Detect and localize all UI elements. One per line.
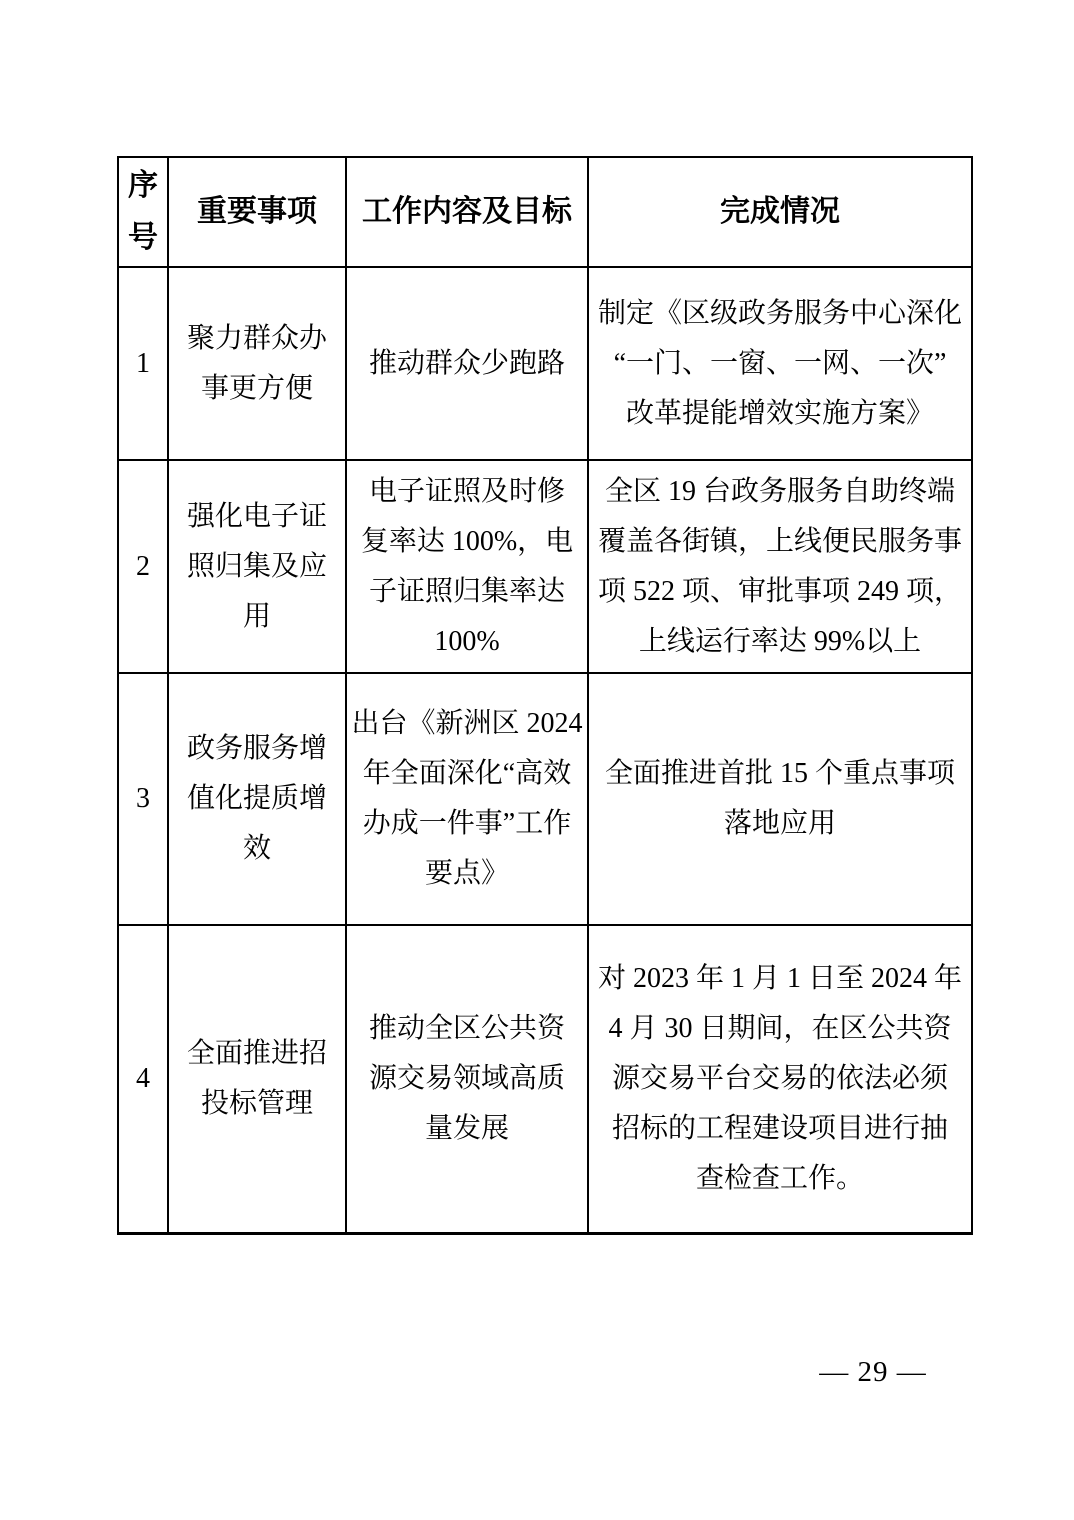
header-cell-serial: 序 号 bbox=[118, 157, 168, 267]
page-number: — 29 — bbox=[818, 1352, 928, 1392]
table-row: 3 政务服务增 值化提质增 效 出台《新洲区 2024 年全面深化“高效 办成一… bbox=[118, 673, 972, 925]
table-header-row: 序 号 重要事项 工作内容及目标 完成情况 bbox=[118, 157, 972, 267]
status-cell: 制定《区级政务服务中心深化 “一门、一窗、一网、一次” 改革提能增效实施方案》 bbox=[588, 267, 972, 460]
row-number-cell: 4 bbox=[118, 925, 168, 1233]
header-cell-item: 重要事项 bbox=[168, 157, 346, 267]
header-cell-status: 完成情况 bbox=[588, 157, 972, 267]
item-cell: 聚力群众办 事更方便 bbox=[168, 267, 346, 460]
table-row: 1 聚力群众办 事更方便 推动群众少跑路 制定《区级政务服务中心深化 “一门、一… bbox=[118, 267, 972, 460]
work-cell: 推动群众少跑路 bbox=[346, 267, 588, 460]
header-cell-work: 工作内容及目标 bbox=[346, 157, 588, 267]
work-cell: 出台《新洲区 2024 年全面深化“高效 办成一件事”工作 要点》 bbox=[346, 673, 588, 925]
item-cell: 全面推进招 投标管理 bbox=[168, 925, 346, 1233]
work-progress-table: 序 号 重要事项 工作内容及目标 完成情况 1 聚力群众办 事更方便 推动群众少… bbox=[117, 156, 973, 1235]
row-number-cell: 3 bbox=[118, 673, 168, 925]
document-page: 序 号 重要事项 工作内容及目标 完成情况 1 聚力群众办 事更方便 推动群众少… bbox=[0, 0, 1074, 1520]
status-cell: 全面推进首批 15 个重点事项 落地应用 bbox=[588, 673, 972, 925]
table-row: 2 强化电子证 照归集及应 用 电子证照及时修 复率达 100%，电 子证照归集… bbox=[118, 460, 972, 673]
row-number-cell: 2 bbox=[118, 460, 168, 673]
status-cell: 全区 19 台政务服务自助终端 覆盖各街镇，上线便民服务事 项 522 项、审批… bbox=[588, 460, 972, 673]
row-number-cell: 1 bbox=[118, 267, 168, 460]
table-row: 4 全面推进招 投标管理 推动全区公共资 源交易领域高质 量发展 对 2023 … bbox=[118, 925, 972, 1233]
work-cell: 推动全区公共资 源交易领域高质 量发展 bbox=[346, 925, 588, 1233]
status-cell: 对 2023 年 1 月 1 日至 2024 年 4 月 30 日期间，在区公共… bbox=[588, 925, 972, 1233]
item-cell: 政务服务增 值化提质增 效 bbox=[168, 673, 346, 925]
work-cell: 电子证照及时修 复率达 100%，电 子证照归集率达 100% bbox=[346, 460, 588, 673]
item-cell: 强化电子证 照归集及应 用 bbox=[168, 460, 346, 673]
